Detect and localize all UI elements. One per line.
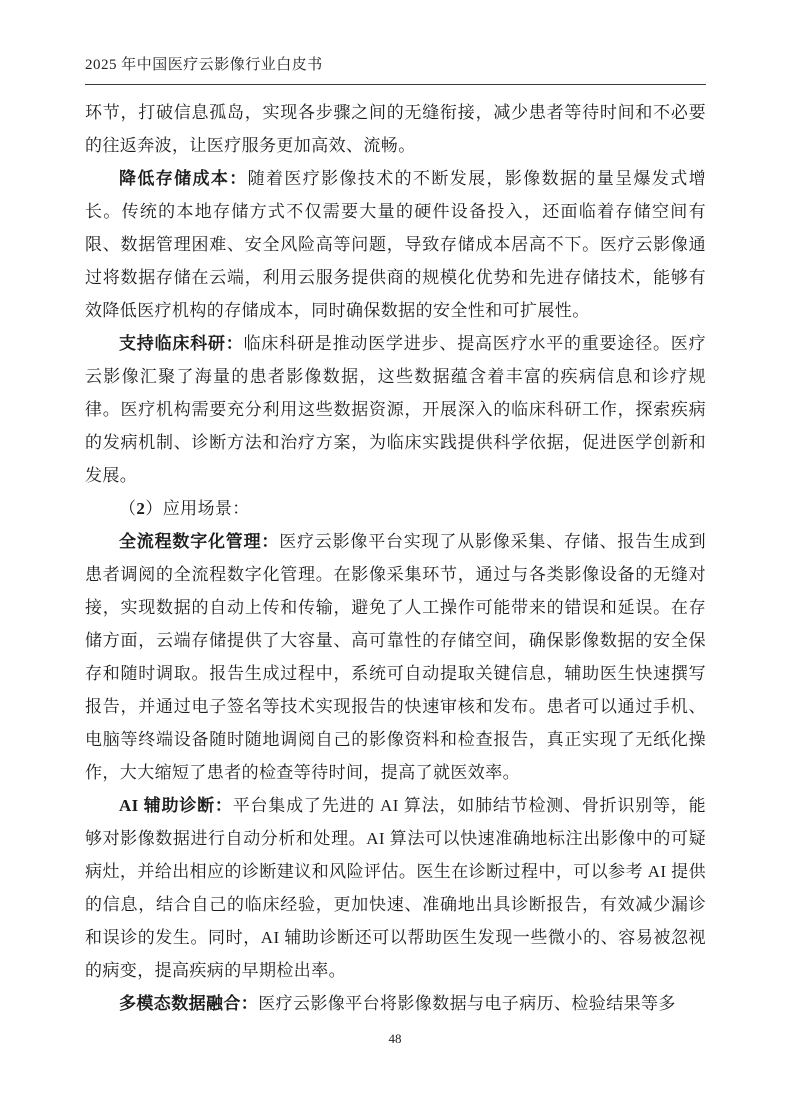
page-header: 2025 年中国医疗云影像行业白皮书	[85, 55, 706, 85]
paragraph-lead: 全流程数字化管理：	[119, 532, 279, 551]
paragraph-text: ）应用场景：	[145, 499, 249, 518]
paragraph-lead: 支持临床科研：	[119, 334, 244, 353]
paragraph-text: 随着医疗影像技术的不断发展，影像数据的量呈爆发式增长。传统的本地存储方式不仅需要…	[85, 169, 706, 320]
paragraph-text: （	[119, 499, 136, 518]
paragraph-text: 临床科研是推动医学进步、提高医疗水平的重要途径。医疗云影像汇聚了海量的患者影像数…	[85, 334, 706, 485]
header-rule	[85, 84, 706, 85]
paragraph: 多模态数据融合：医疗云影像平台将影像数据与电子病历、检验结果等多	[85, 987, 706, 1020]
paragraph: AI 辅助诊断：平台集成了先进的 AI 算法，如肺结节检测、骨折识别等，能够对影…	[85, 789, 706, 987]
paragraph: （2）应用场景：	[85, 492, 706, 525]
paragraph-lead: AI 辅助诊断：	[119, 796, 233, 815]
page-header-title: 2025 年中国医疗云影像行业白皮书	[85, 55, 706, 75]
page-number: 48	[389, 1031, 402, 1046]
paragraph: 支持临床科研：临床科研是推动医学进步、提高医疗水平的重要途径。医疗云影像汇聚了海…	[85, 327, 706, 492]
paragraph-text: 医疗云影像平台将影像数据与电子病历、检验结果等多	[258, 994, 676, 1013]
paragraph: 全流程数字化管理：医疗云影像平台实现了从影像采集、存储、报告生成到患者调阅的全流…	[85, 525, 706, 789]
paragraph-lead: 降低存储成本：	[119, 169, 248, 188]
paragraph-lead: 2	[136, 499, 145, 518]
paragraph: 降低存储成本：随着医疗影像技术的不断发展，影像数据的量呈爆发式增长。传统的本地存…	[85, 162, 706, 327]
document-page: 2025 年中国医疗云影像行业白皮书 环节，打破信息孤岛，实现各步骤之间的无缝衔…	[0, 0, 790, 1117]
paragraph-lead: 多模态数据融合：	[119, 994, 258, 1013]
paragraph: 环节，打破信息孤岛，实现各步骤之间的无缝衔接，减少患者等待时间和不必要的往返奔波…	[85, 96, 706, 162]
paragraph-text: 平台集成了先进的 AI 算法，如肺结节检测、骨折识别等，能够对影像数据进行自动分…	[85, 796, 706, 980]
paragraph-text: 医疗云影像平台实现了从影像采集、存储、报告生成到患者调阅的全流程数字化管理。在影…	[85, 532, 706, 782]
document-body: 环节，打破信息孤岛，实现各步骤之间的无缝衔接，减少患者等待时间和不必要的往返奔波…	[85, 96, 706, 1020]
paragraph-text: 环节，打破信息孤岛，实现各步骤之间的无缝衔接，减少患者等待时间和不必要的往返奔波…	[85, 103, 706, 155]
page-footer: 48	[0, 1030, 790, 1048]
